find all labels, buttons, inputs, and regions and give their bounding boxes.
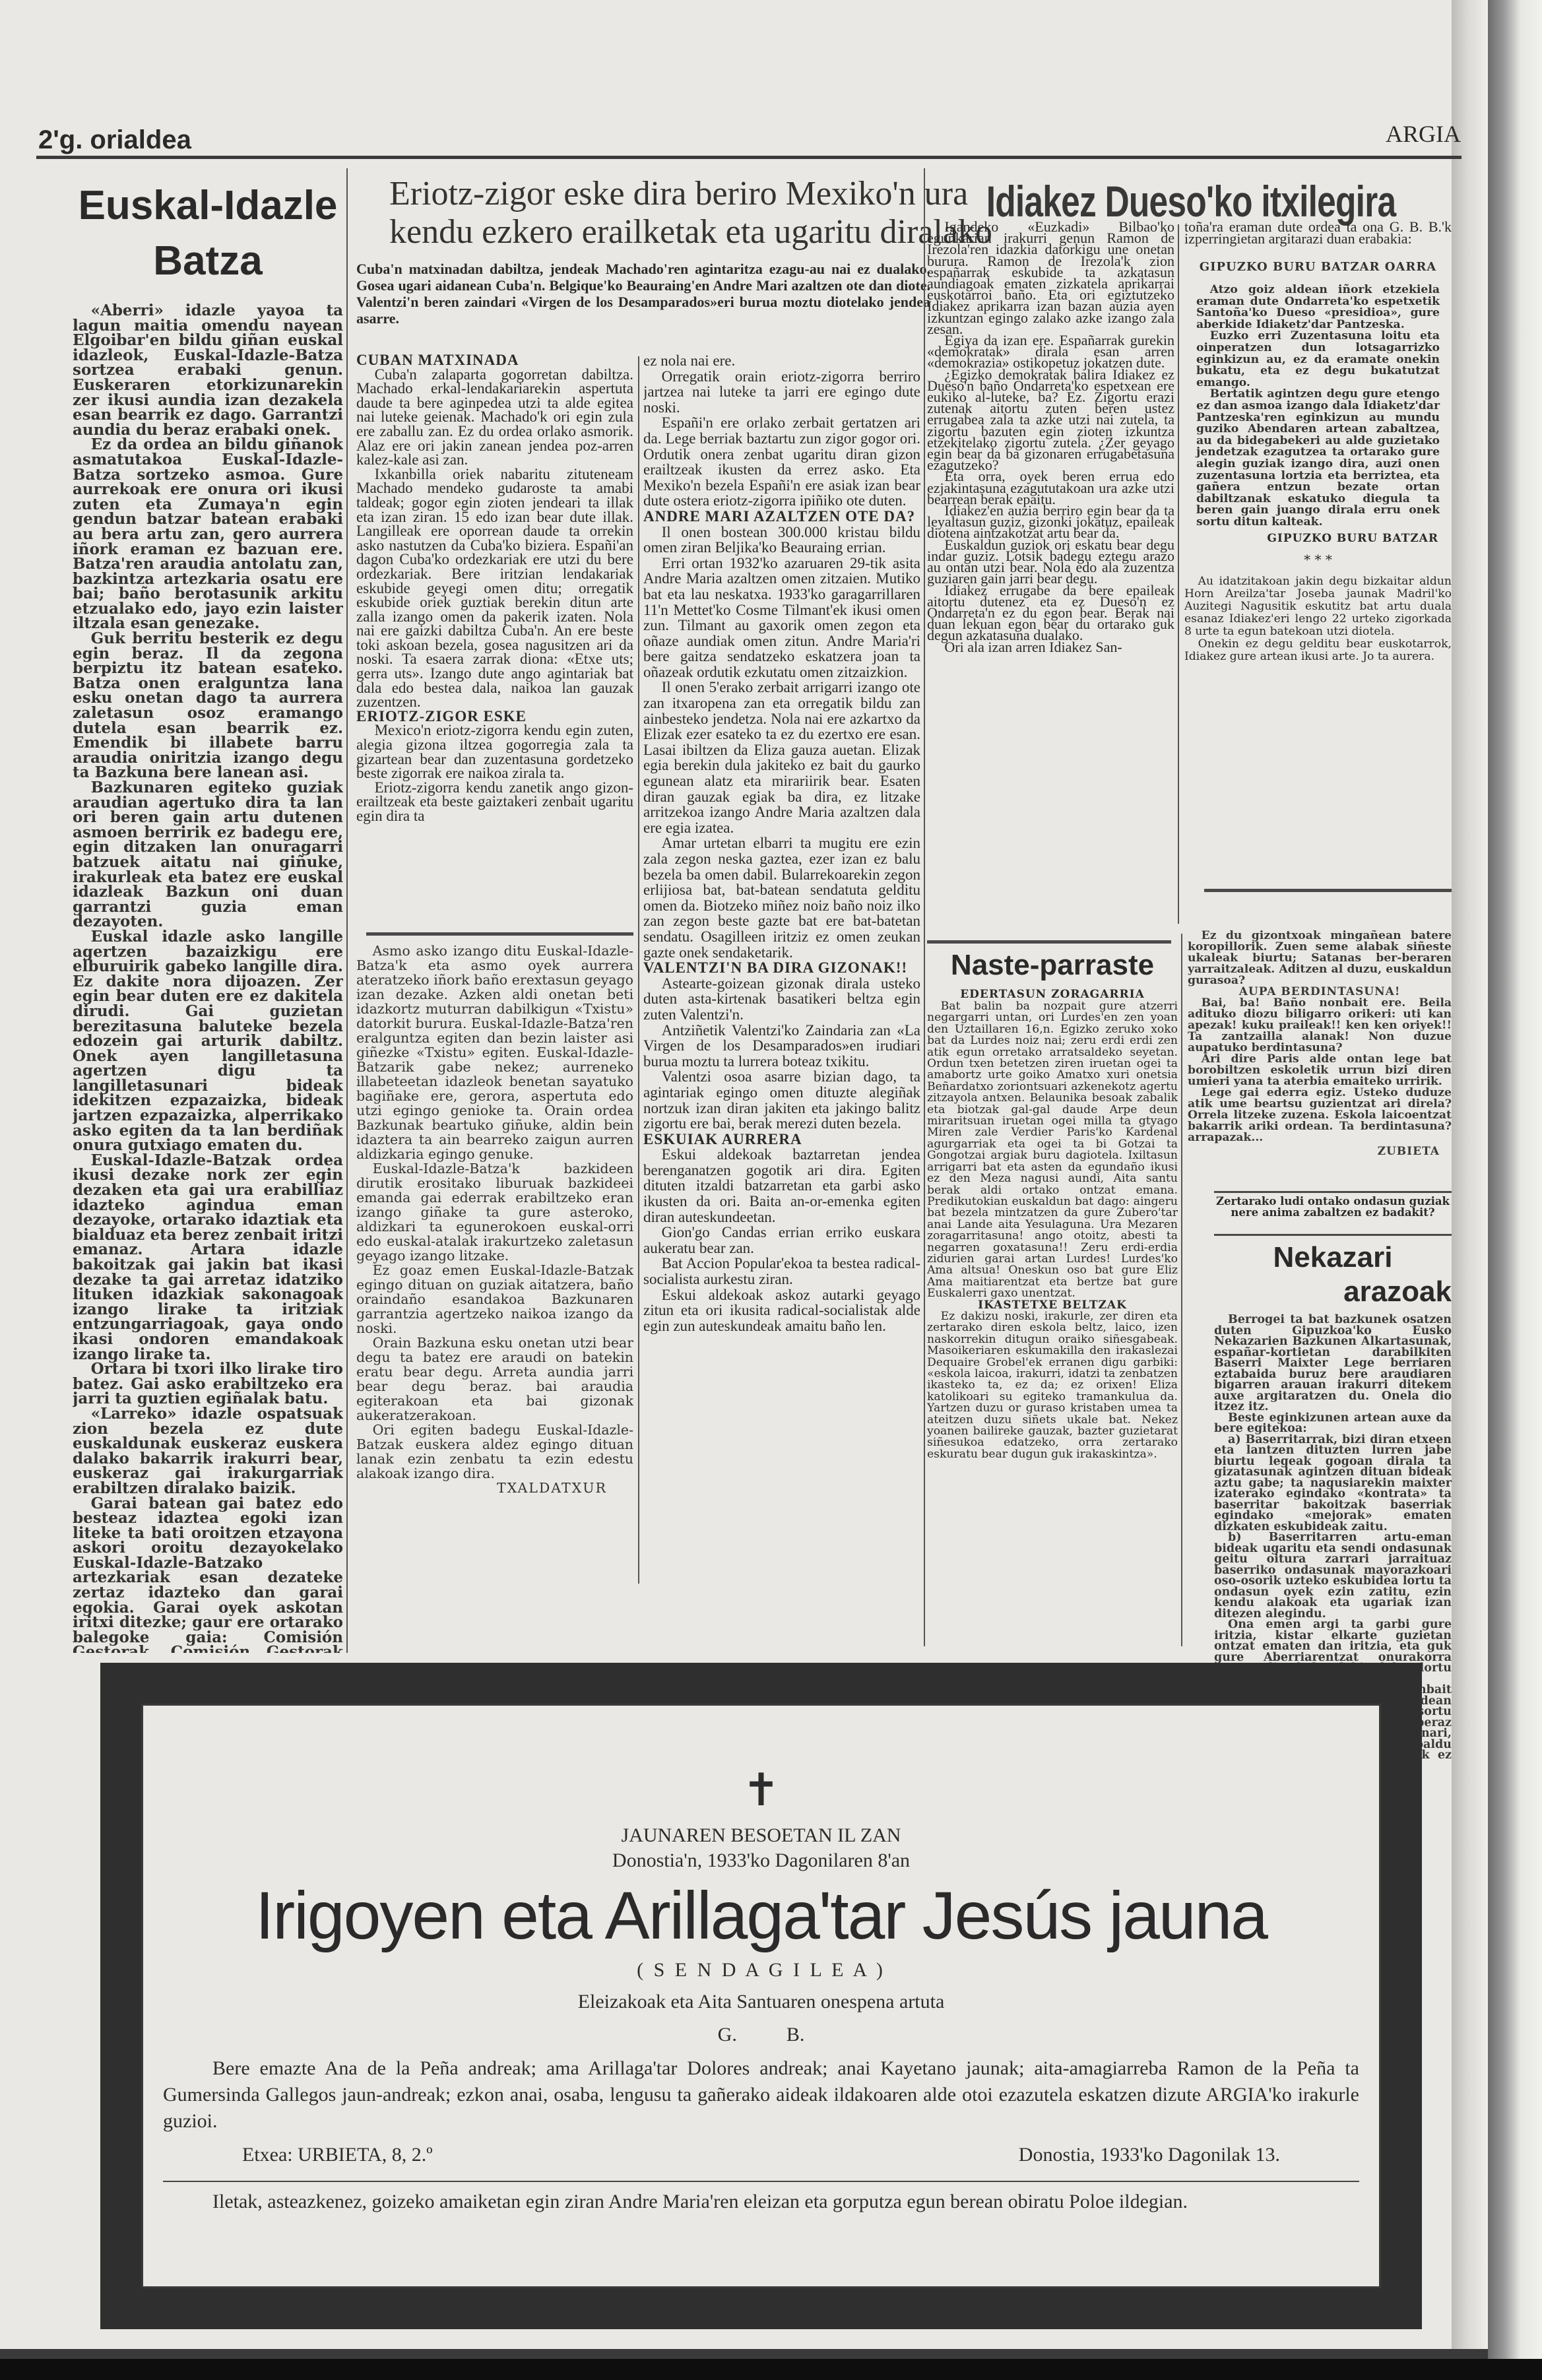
title-line: arazoak — [1214, 1275, 1452, 1309]
paragraph: «Aberri» idazle yayoa ta lagun maitia om… — [73, 304, 343, 437]
article-body: «Aberri» idazle yayoa ta lagun maitia om… — [73, 304, 343, 1653]
deceased-name: Irigoyen eta Arillaga'tar Jesús jauna — [163, 1876, 1359, 1955]
naste-continuation: Ez du gizontxoak mingañean batere koropi… — [1188, 930, 1452, 1155]
paragraph: Antziñetik Valentzi'ko Zaindaria zan «La… — [643, 1023, 920, 1070]
article-summary: Cuba'n matxinadan dabiltza, jendeak Mach… — [356, 261, 930, 327]
title-line: Nekazari — [1214, 1240, 1452, 1275]
paragraph: b) Baserritarren artu-eman bideak ugarit… — [1214, 1532, 1452, 1619]
announcement-role: ( S E N D A G I L E A ) — [163, 1959, 1359, 1981]
paragraph: Eskui aldekoak askoz autarki geyago zitu… — [643, 1287, 920, 1334]
paragraph: Gion'go Candas errian erriko euskara auk… — [643, 1225, 920, 1256]
subheading: ERIOTZ-ZIGOR ESKE — [356, 709, 633, 724]
paragraph: «Larreko» idazle ospatsuak zion bezela e… — [73, 1407, 343, 1496]
paragraph: Ez da ordea an bildu giñanok asmatutakoa… — [73, 437, 343, 631]
announcement-date: Donostia, 1933'ko Dagonilak 13. — [1019, 2144, 1280, 2166]
paragraph: Ari dire Paris alde ontan lege bat borob… — [1188, 1054, 1452, 1087]
subheading: GIPUZKO BURU BATZAR OARRA — [1184, 260, 1452, 274]
paragraph: Bai, ba! Baño nonbait ere. Beila adituko… — [1188, 998, 1452, 1054]
section-rule — [1214, 1191, 1452, 1193]
paragraph: Orain Bazkuna esku onetan utzi bear degu… — [356, 1335, 633, 1423]
paragraph: Eskui aldekoak baztarretan jendea bereng… — [643, 1147, 920, 1225]
announcement-rule — [163, 2181, 1359, 2182]
subheading: ESKUIAK AURRERA — [643, 1132, 920, 1147]
announcement-funeral: Iletak, asteazkenez, goizeko amaiketan e… — [163, 2189, 1359, 2215]
announcement-gb: G. B. — [163, 2024, 1359, 2046]
announcement-address: Etxea: URBIETA, 8, 2.º — [242, 2144, 433, 2166]
signature: GIPUZKO BURU BATZAR — [1184, 532, 1452, 545]
paragraph: Cuba'n zalaparta gogorretan dabiltza. Ma… — [356, 368, 633, 467]
paragraph: Valentzi osoa asarre bizian dago, ta agi… — [643, 1069, 920, 1131]
paragraph: Amar urtetan elbarri ta mugitu ere ezin … — [643, 835, 920, 960]
article-continuation: Asmo asko izango ditu Euskal-Idazle-Batz… — [356, 944, 633, 1643]
paragraph: ez nola nai ere. — [643, 353, 920, 369]
paragraph: Berrogei ta bat bazkunek osatzen duten G… — [1214, 1314, 1452, 1413]
paragraph: Bere emazte Ana de la Peña andreak; ama … — [163, 2055, 1359, 2135]
announcement-footer: Etxea: URBIETA, 8, 2.º Donostia, 1933'ko… — [163, 2135, 1359, 2166]
column-divider — [1178, 224, 1179, 924]
quote-text: Zertarako ludi ontako ondasun guziak ner… — [1216, 1196, 1450, 1218]
announcement-line: Eleizakoak eta Aita Santuaren onespena a… — [163, 1991, 1359, 2013]
page-edge — [1452, 0, 1488, 2349]
paragraph: Idiakez errugabe da bere epaileak aitort… — [927, 585, 1174, 641]
summary-text: Cuba'n matxinadan dabiltza, jendeak Mach… — [356, 261, 930, 327]
article-title: Euskal-Idazle Batza — [73, 178, 343, 289]
paragraph: Euskal-Idazle-Batzak ordea ikusi dezake … — [73, 1153, 343, 1362]
subheading: ANDRE MARI AZALTZEN OTE DA? — [643, 509, 920, 525]
paragraph: Garai batean gai batez edo besteaz idazt… — [73, 1496, 343, 1654]
after-text: Au idatzitakoan jakin degu bizkaitar ald… — [1184, 575, 1452, 663]
paragraph: Atzo goiz aldean iñork etzekiela eraman … — [1196, 284, 1440, 331]
paragraph: Euskal idazle asko langille agertzen baz… — [73, 930, 343, 1153]
announcement-frame: ✝ JAUNAREN BESOETAN IL ZAN Donostia'n, 1… — [141, 1704, 1381, 2288]
paragraph: Onekin ez degu gelditu bear euskotarrok,… — [1184, 638, 1452, 663]
article-body: Bat balin ba nozpait gure atzerri negarg… — [927, 1001, 1178, 1460]
paragraph: Guk berritu besterik ez degu egin beraz.… — [73, 631, 343, 781]
subheading: CUBAN MATXINADA — [356, 353, 633, 368]
paragraph: Igandeko «Euzkadi» Bilbao'ko egunkarian … — [927, 221, 1174, 335]
paragraph: Eta orra, oyek beren errua edo ezjakinta… — [927, 470, 1174, 505]
paragraph: Ori ala izan arren Idiakez San- — [927, 641, 1174, 653]
paragraph: Bat Accion Popular'ekoa ta bestea radica… — [643, 1256, 920, 1287]
intro-span: toña'ra eraman dute ordea ta ona G. B. B… — [1184, 221, 1452, 247]
article-euskal-idazle-batza: Euskal-Idazle Batza «Aberri» idazle yayo… — [73, 168, 343, 1653]
paragraph: Lege gai ederra egiz. Usteko duduze atik… — [1188, 1087, 1452, 1143]
article-title: Nekazari arazoak — [1214, 1240, 1452, 1309]
publication-name: ARGIA — [1386, 120, 1461, 148]
mexico-column-a: CUBAN MATXINADACuba'n zalaparta gogorret… — [356, 353, 633, 881]
title-line: Euskal-Idazle — [73, 178, 343, 234]
paragraph: Au idatzitakoan jakin degu bizkaitar ald… — [1184, 575, 1452, 638]
paragraph: Ori egiten badegu Euskal-Idazle-Batzak e… — [356, 1423, 633, 1481]
section-rule — [927, 940, 1171, 944]
article-title: Naste-parraste — [927, 947, 1178, 984]
paragraph: Astearte-goizean gizonak dirala usteko d… — [643, 976, 920, 1023]
newspaper-page: 2'g. orialdea ARGIA Euskal-Idazle Batza … — [0, 0, 1488, 2349]
column-divider — [638, 356, 639, 1584]
separator-stars: * * * — [1184, 552, 1452, 567]
intro-text: toña'ra eraman dute ordea ta ona G. B. B… — [1184, 221, 1452, 244]
announcement-body: Bere emazte Ana de la Peña andreak; ama … — [163, 2055, 1359, 2135]
page-number-label: 2'g. orialdea — [38, 125, 191, 155]
paragraph: Iletak, asteazkenez, goizeko amaiketan e… — [163, 2189, 1359, 2215]
mexico-column-b: ez nola nai ere.Orregatik orain eriotz-z… — [643, 353, 920, 1646]
column-divider — [924, 168, 925, 1646]
paragraph: Euzko erri Zuzentasuna loitu eta oinpera… — [1196, 331, 1440, 389]
subheading: VALENTZI'N BA DIRA GIZONAK!! — [643, 960, 920, 976]
paragraph: Bat balin ba nozpait gure atzerri negarg… — [927, 1001, 1178, 1300]
paragraph: Il onen 5'erako zerbait arrigarri izango… — [643, 680, 920, 835]
paragraph: Mexico'n eriotz-zigorra kendu egin zuten… — [356, 723, 633, 780]
quote-box: Zertarako ludi ontako ondasun guziak ner… — [1214, 1196, 1452, 1218]
scanner-shadow — [0, 2359, 1542, 2380]
paragraph: Bertatik agintzen degu gure etengo ez da… — [1196, 389, 1440, 528]
paragraph: Españi'n ere orlako zerbait gertatzen ar… — [643, 415, 920, 509]
title-line: Batza — [73, 234, 343, 289]
paragraph: Euskaldun guziok ori eskatu bear degu in… — [927, 539, 1174, 585]
oarra-body: Atzo goiz aldean iñork etzekiela eraman … — [1184, 284, 1452, 528]
paragraph: Erri ortan 1932'ko azaruaren 29-tik asit… — [643, 556, 920, 680]
article-naste-parraste: Naste-parraste EDERTASUN ZORAGARRIA Bat … — [927, 947, 1178, 1646]
idiakez-column-a: Igandeko «Euzkadi» Bilbao'ko egunkarian … — [927, 221, 1174, 953]
paragraph: Il onen bostean 300.000 kristau bildu om… — [643, 525, 920, 556]
paragraph: Orregatik orain eriotz-zigorra berriro j… — [643, 369, 920, 416]
paragraph: Bazkunaren egiteko guziak araudian agert… — [73, 781, 343, 930]
paragraph: Asmo asko izango ditu Euskal-Idazle-Batz… — [356, 944, 633, 1161]
announcement-line: JAUNAREN BESOETAN IL ZAN — [163, 1824, 1359, 1847]
section-rule — [1204, 889, 1452, 892]
section-rule — [366, 932, 633, 936]
scanner-edge — [1488, 0, 1542, 2380]
paragraph: Euskal-Idazle-Batza'k bazkideen dirutik … — [356, 1161, 633, 1263]
paragraph: Ez dakizu noski, irakurle, zer diren eta… — [927, 1311, 1178, 1460]
article-title: Idiakez Dueso'ko itxilegira — [985, 175, 1397, 228]
paragraph: a) Baserritarrak, bizi diran etxeen eta … — [1214, 1434, 1452, 1533]
column-divider — [346, 168, 348, 1653]
paragraph: Ez du gizontxoak mingañean batere koropi… — [1188, 930, 1452, 986]
signature: ZUBIETA — [1188, 1146, 1452, 1155]
paragraph: Beste eginkizunen artean auxe da bere eg… — [1214, 1413, 1452, 1434]
funeral-announcement: ✝ JAUNAREN BESOETAN IL ZAN Donostia'n, 1… — [100, 1663, 1422, 2329]
paragraph: ¿Egizko demokratak balira Idiakez ez Due… — [927, 369, 1174, 471]
paragraph: Ez goaz emen Euskal-Idazle-Batzak egingo… — [356, 1263, 633, 1335]
subheading: EDERTASUN ZORAGARRIA — [927, 988, 1178, 1001]
section-rule — [1214, 1234, 1452, 1236]
paragraph: Eriotz-zigorra kendu zanetik ango gizon-… — [356, 781, 633, 823]
header-rule — [36, 156, 1462, 159]
signature: TXALDATXUR — [356, 1481, 633, 1495]
idiakez-column-b: toña'ra eraman dute ordea ta ona G. B. B… — [1184, 221, 1452, 934]
announcement-content: ✝ JAUNAREN BESOETAN IL ZAN Donostia'n, 1… — [163, 1712, 1359, 2280]
announcement-line: Donostia'n, 1933'ko Dagonilaren 8'an — [163, 1849, 1359, 1872]
paragraph: Egiya da izan ere. Españarrak gurekin «d… — [927, 335, 1174, 369]
paragraph: Ortara bi txori ilko lirake tiro batez. … — [73, 1362, 343, 1407]
paragraph: Idiakez'en auzia berriro egin bear da ta… — [927, 505, 1174, 539]
cross-icon: ✝ — [163, 1764, 1359, 1817]
column-divider — [1181, 934, 1182, 1646]
paragraph: Ixkanbilla oriek nabaritu zituteneam Mac… — [356, 467, 633, 709]
